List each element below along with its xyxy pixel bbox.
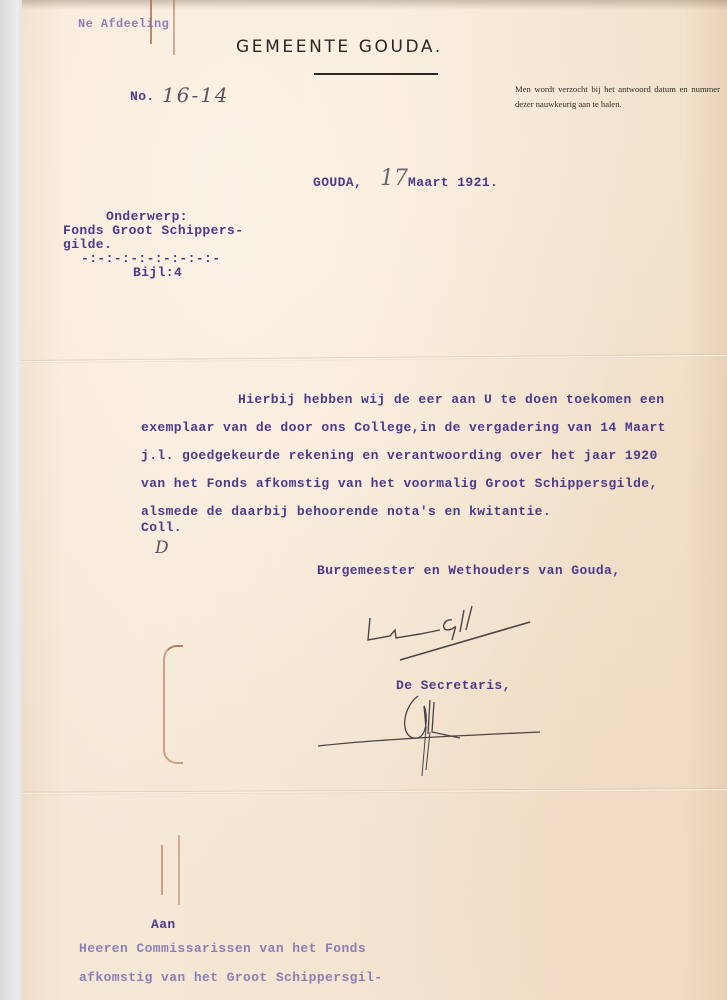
collation-initial-handwritten: D (155, 538, 169, 558)
subject-line-2: gilde. (63, 238, 112, 251)
staple-mark (163, 645, 183, 764)
subject-label: Onderwerp: (106, 210, 188, 223)
staple-mark (178, 835, 180, 905)
body-line: j.l. goedgekeurde rekening en verantwoor… (141, 449, 658, 462)
dateline-day-handwritten: 17 (380, 166, 408, 191)
fold-line (22, 354, 727, 363)
letter-page (22, 0, 727, 1000)
letterhead-title: GEMEENTE GOUDA. (236, 37, 443, 57)
collation-mark: Coll. (141, 521, 182, 534)
reference-number-handwritten: 16-14 (162, 83, 230, 107)
body-line: exemplaar van de door ons College,in de … (141, 421, 666, 434)
address-line-1: Heeren Commissarissen van het Fonds (79, 942, 366, 955)
signatory-line: Burgemeester en Wethouders van Gouda, (317, 564, 620, 577)
staple-mark (173, 0, 175, 55)
staple-mark (161, 845, 163, 895)
body-line: Hierbij hebben wij de eer aan U te doen … (238, 393, 664, 406)
dateline-month-year: Maart 1921. (408, 176, 498, 189)
fold-line (22, 788, 727, 795)
subject-line-1: Fonds Groot Schippers- (63, 224, 243, 237)
body-line: van het Fonds afkomstig van het voormali… (141, 477, 658, 490)
department-label: Ne Afdeeling (78, 18, 169, 30)
title-underline (314, 73, 438, 75)
address-line-2: afkomstig van het Groot Schippersgil- (79, 971, 382, 984)
reply-notice: Men wordt verzocht bij het antwoord datu… (515, 82, 720, 111)
address-to-label: Aan (151, 918, 176, 931)
scanner-background (0, 0, 24, 1000)
dateline-place: GOUDA, (313, 176, 362, 189)
body-line: alsmede de daarbij behoorende nota's en … (141, 505, 551, 518)
enclosures-count: Bijl:4 (133, 266, 182, 279)
reference-label: No. (130, 90, 155, 103)
subject-separator: -:-:-:-:-:-:-:-:- (81, 252, 220, 265)
